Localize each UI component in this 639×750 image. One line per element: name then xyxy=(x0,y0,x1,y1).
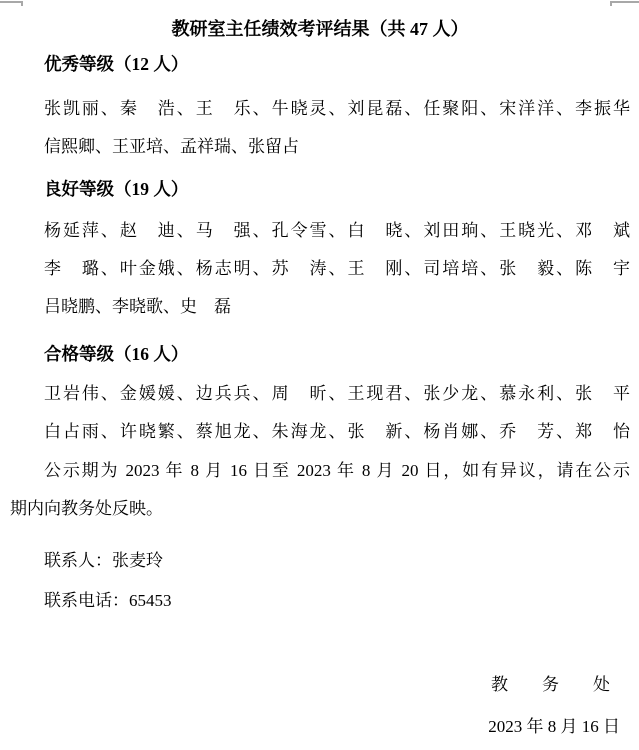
scan-border-artifact-top-right-tick xyxy=(610,1,612,6)
name-line: 张凯丽、秦 浩、王 乐、牛晓灵、刘昆磊、任聚阳、宋洋洋、李振华 xyxy=(10,90,630,128)
name-line: 吕晓鹏、李晓歌、史 磊 xyxy=(10,288,630,326)
notice-line: 期内向教务处反映。 xyxy=(10,490,630,528)
name-line: 卫岩伟、金媛媛、边兵兵、周 昕、王现君、张少龙、慕永利、张 平 xyxy=(10,375,630,413)
name-line: 信熙卿、王亚培、孟祥瑞、张留占 xyxy=(10,128,630,166)
name-line: 李 璐、叶金娥、杨志明、苏 涛、王 刚、司培培、张 毅、陈 宇 xyxy=(10,250,630,288)
document-page: 教研室主任绩效考评结果（共 47 人） 优秀等级（12 人） 张凯丽、秦 浩、王… xyxy=(0,0,639,750)
signature-line: 教 务 处 xyxy=(10,666,630,704)
section-heading-excellent: 优秀等级（12 人） xyxy=(10,45,630,83)
date-line: 2023 年 8 月 16 日 xyxy=(10,708,630,746)
section-heading-qualified: 合格等级（16 人） xyxy=(10,335,630,373)
name-line: 白占雨、许晓繁、蔡旭龙、朱海龙、张 新、杨肖娜、乔 芳、郑 怡 xyxy=(10,413,630,451)
scan-border-artifact-top-right xyxy=(610,1,639,3)
name-line: 杨延萍、赵 迪、马 强、孔令雪、白 晓、刘田珦、王晓光、邓 斌 xyxy=(10,212,630,250)
scan-border-artifact-top-left xyxy=(0,1,22,3)
section-heading-good: 良好等级（19 人） xyxy=(10,170,630,208)
page-title: 教研室主任绩效考评结果（共 47 人） xyxy=(10,14,630,44)
contact-phone-line: 联系电话：65453 xyxy=(10,582,630,620)
notice-line: 公示期为 2023 年 8 月 16 日至 2023 年 8 月 20 日，如有… xyxy=(10,452,630,490)
contact-person-line: 联系人：张麦玲 xyxy=(10,542,630,580)
scan-border-artifact-top-left-tick xyxy=(21,1,23,6)
